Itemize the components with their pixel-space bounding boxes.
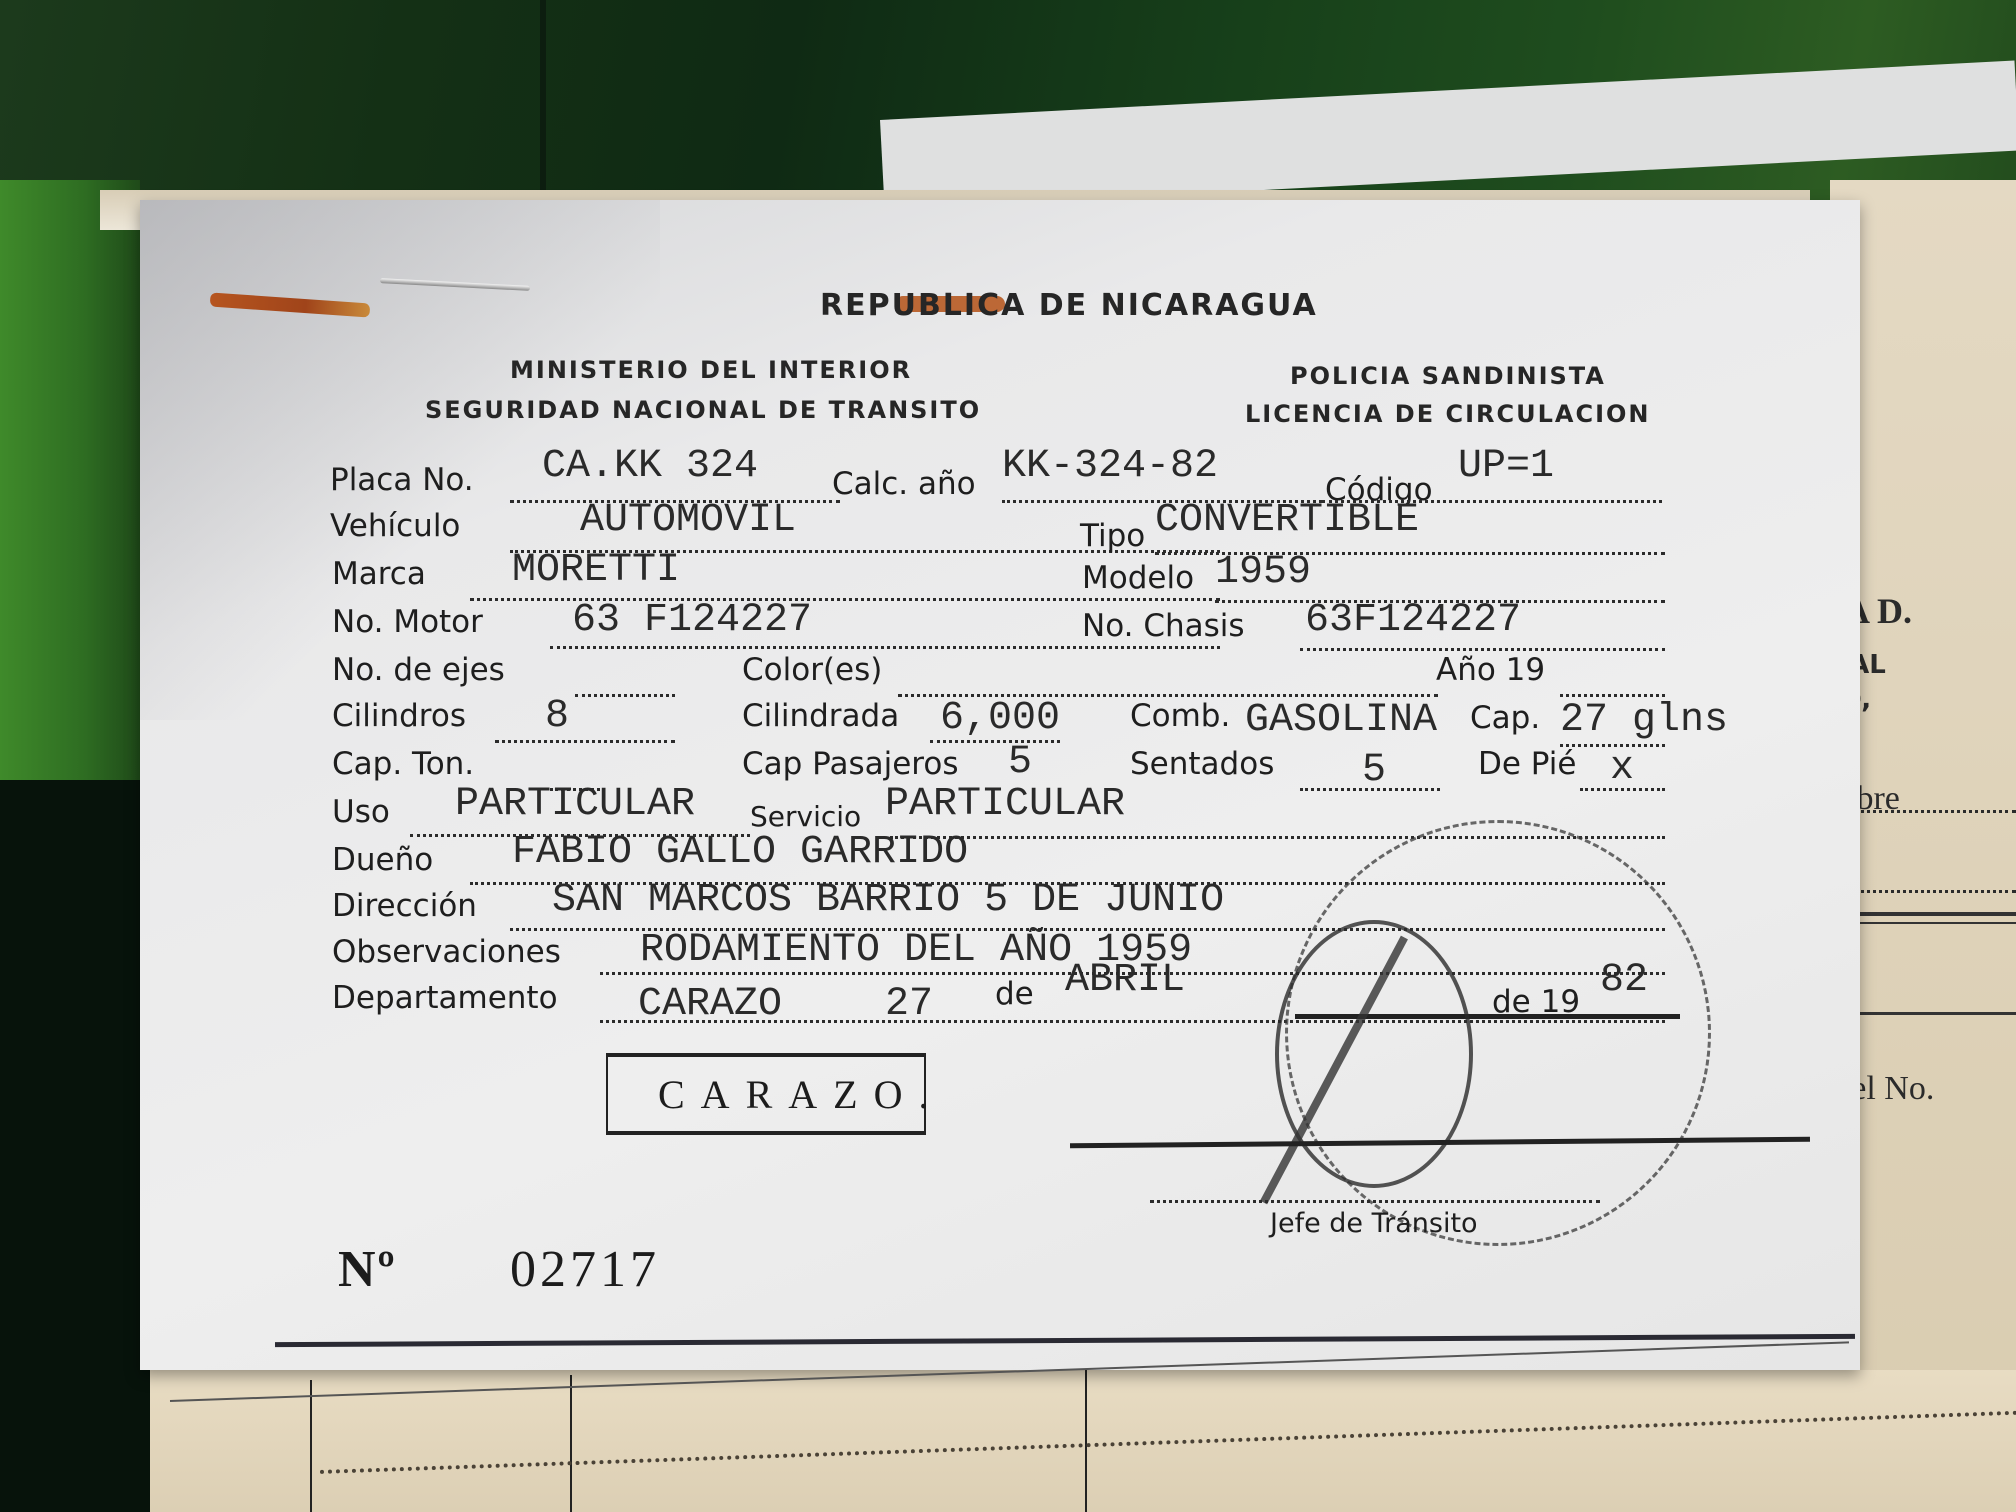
marca-value: MORETTI xyxy=(512,548,680,593)
stamp-emblem xyxy=(1275,920,1473,1188)
modelo-label: Modelo xyxy=(1082,560,1194,596)
table-line xyxy=(1085,1370,1087,1512)
field-line xyxy=(1580,788,1665,791)
serial-prefix: Nº xyxy=(338,1240,397,1299)
sentados-value: 5 xyxy=(1362,748,1386,793)
anio-label: Año 19 xyxy=(1436,652,1545,688)
cap-pasajeros-label: Cap Pasajeros xyxy=(742,746,959,782)
calc-anio-label: Calc. año xyxy=(832,466,976,502)
field-line xyxy=(495,740,675,743)
field-line xyxy=(1300,788,1440,791)
cap-value: 27 glns xyxy=(1560,698,1728,743)
country-title: REPUBLICA DE NICARAGUA xyxy=(820,288,1318,323)
sentados-label: Sentados xyxy=(1130,746,1274,782)
placa-label: Placa No. xyxy=(330,462,474,498)
cilindros-value: 8 xyxy=(545,694,569,739)
license-title: LICENCIA DE CIRCULACION xyxy=(1245,400,1650,428)
table-line xyxy=(310,1380,312,1512)
chasis-value: 63F124227 xyxy=(1305,598,1521,643)
ministry-line-1: MINISTERIO DEL INTERIOR xyxy=(510,356,912,384)
calc-anio-value: KK-324-82 xyxy=(1002,444,1218,489)
de-pie-value: x xyxy=(1610,746,1634,791)
departamento-label: Departamento xyxy=(332,980,558,1016)
background-shadow xyxy=(0,780,150,1512)
tipo-value: CONVERTIBLE xyxy=(1155,498,1419,543)
comb-value: GASOLINA xyxy=(1245,698,1437,743)
motor-value: 63 F124227 xyxy=(572,598,812,643)
uso-label: Uso xyxy=(332,794,390,830)
police-line-1: POLICIA SANDINISTA xyxy=(1290,362,1606,390)
vehiculo-value: AUTOMOVIL xyxy=(580,498,796,543)
direccion-label: Dirección xyxy=(332,888,477,924)
chasis-label: No. Chasis xyxy=(1082,608,1245,644)
serial-number: 02717 xyxy=(510,1240,660,1299)
marca-label: Marca xyxy=(332,556,426,592)
signature-dotted-line xyxy=(1150,1200,1600,1203)
codigo-value: UP=1 xyxy=(1458,444,1554,489)
comb-label: Comb. xyxy=(1130,698,1230,734)
dueno-value: FABIO GALLO GARRIDO xyxy=(512,830,968,875)
motor-label: No. Motor xyxy=(332,604,483,640)
cilindrada-value: 6,000 xyxy=(940,696,1060,741)
department-box: CARAZO. xyxy=(606,1053,926,1135)
cap-label: Cap. xyxy=(1470,700,1540,736)
modelo-value: 1959 xyxy=(1215,550,1311,595)
direccion-value: SAN MARCOS BARRIO 5 DE JUNIO xyxy=(552,878,1224,923)
servicio-label: Servicio xyxy=(750,800,861,833)
placa-value: CA.KK 324 xyxy=(542,444,758,489)
mes-value: ABRIL xyxy=(1065,958,1185,1003)
background-crack xyxy=(540,0,546,200)
signature-title: Jefe de Tránsito xyxy=(1270,1208,1478,1239)
field-line xyxy=(575,694,675,697)
dotted-rule xyxy=(320,1411,2016,1474)
vehicle-registration-card: REPUBLICA DE NICARAGUA MINISTERIO DEL IN… xyxy=(140,200,1860,1370)
field-line xyxy=(1300,648,1665,651)
table-line xyxy=(570,1375,572,1512)
dueno-label: Dueño xyxy=(332,842,433,878)
bottom-rule xyxy=(275,1334,1855,1347)
vehiculo-label: Vehículo xyxy=(330,508,460,544)
background-foliage xyxy=(0,180,140,820)
cilindros-label: Cilindros xyxy=(332,698,466,734)
cap-ton-label: Cap. Ton. xyxy=(332,746,474,782)
observaciones-label: Observaciones xyxy=(332,934,561,970)
cilindrada-label: Cilindrada xyxy=(742,698,899,734)
de-label: de xyxy=(995,976,1034,1012)
tipo-label: Tipo xyxy=(1080,518,1145,554)
ejes-label: No. de ejes xyxy=(332,652,505,688)
field-line xyxy=(1560,694,1665,697)
ministry-line-2: SEGURIDAD NACIONAL DE TRANSITO xyxy=(425,396,981,424)
department-box-text: CARAZO. xyxy=(658,1071,944,1118)
servicio-value: PARTICULAR xyxy=(885,782,1125,827)
cap-pasajeros-value: 5 xyxy=(1008,740,1032,785)
field-line xyxy=(550,646,1220,649)
uso-value: PARTICULAR xyxy=(455,782,695,827)
colores-label: Color(es) xyxy=(742,652,882,688)
field-line xyxy=(930,740,1060,743)
de-pie-label: De Pié xyxy=(1478,746,1577,782)
